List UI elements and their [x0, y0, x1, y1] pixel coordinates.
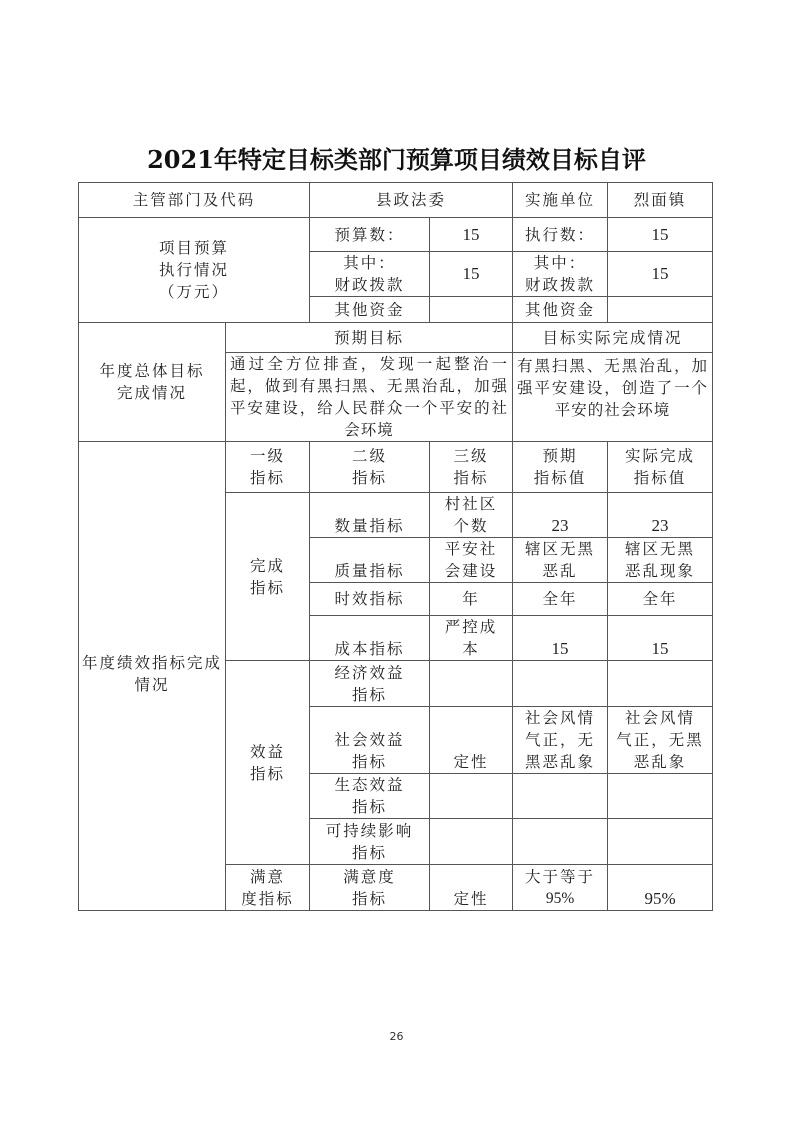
actual-cell: [608, 661, 713, 707]
actual-cell: [608, 774, 713, 819]
level1-satisfaction: 满意 度指标: [226, 865, 310, 911]
expected-line2: 气正，无: [516, 729, 604, 751]
expected-cell: [513, 774, 608, 819]
level2-cell: 数量指标: [310, 493, 430, 538]
actual-line1: 社会风情: [611, 707, 709, 729]
actual-header-line2: 指标值: [611, 467, 709, 489]
level1-completion-line2: 指标: [229, 577, 306, 599]
actual-line1: 辖区无黑: [611, 538, 709, 560]
budget-amount-label: 预算数：: [310, 218, 430, 252]
actual-cell: 全年: [608, 583, 713, 616]
actual-goal-text: 有黑扫黑、无黑治乱，加强平安建设，创造了一个平安的社会环境: [513, 353, 713, 442]
actual-cell: 辖区无黑 恶乱现象: [608, 538, 713, 583]
actual-value-header: 实际完成 指标值: [608, 442, 713, 493]
expected-cell: 15: [513, 616, 608, 661]
other-funds-exec-value: [608, 297, 713, 323]
actual-line3: 恶乱象: [611, 751, 709, 773]
expected-line2: 95%: [516, 888, 604, 910]
other-funds-label: 其他资金: [310, 297, 430, 323]
level3-line2: 本: [433, 638, 509, 660]
level3-header: 三级 指标: [430, 442, 513, 493]
level3-line2: 个数: [433, 515, 509, 537]
other-funds-exec-label: 其他资金: [513, 297, 608, 323]
dept-label: 主管部门及代码: [79, 183, 310, 218]
level2-line2: 指标: [313, 842, 426, 864]
expected-cell: 全年: [513, 583, 608, 616]
level1-satisfaction-line2: 度指标: [229, 888, 306, 910]
level3-header-line1: 三级: [433, 445, 509, 467]
level3-line1: 平安社: [433, 538, 509, 560]
level3-cell: [430, 661, 513, 707]
level2-cell: 成本指标: [310, 616, 430, 661]
level2-line1: 社会效益: [313, 729, 426, 751]
performance-section-label: 年度绩效指标完成情况: [79, 442, 226, 911]
level1-benefit-line2: 指标: [229, 763, 306, 785]
expected-cell: [513, 819, 608, 865]
budget-label-line2: 执行情况: [82, 259, 306, 281]
expected-cell: 23: [513, 493, 608, 538]
expected-header-line1: 预期: [516, 445, 604, 467]
fiscal-budget-label: 其中： 财政拨款: [310, 252, 430, 297]
level2-line1: 经济效益: [313, 662, 426, 684]
expected-line1: 辖区无黑: [516, 538, 604, 560]
actual-cell: 95%: [608, 865, 713, 911]
expected-goal-header: 预期目标: [226, 323, 513, 353]
level3-line2: 会建设: [433, 560, 509, 582]
level2-cell: 社会效益 指标: [310, 707, 430, 774]
expected-line3: 黑恶乱象: [516, 751, 604, 773]
expected-header-line2: 指标值: [516, 467, 604, 489]
level1-header: 一级 指标: [226, 442, 310, 493]
budget-section-label: 项目预算 执行情况 （万元）: [79, 218, 310, 323]
actual-line2: 气正，无黑: [611, 729, 709, 751]
expected-cell: 社会风情 气正，无 黑恶乱象: [513, 707, 608, 774]
level2-cell: 质量指标: [310, 538, 430, 583]
level2-cell: 生态效益 指标: [310, 774, 430, 819]
fiscal-exec-value: 15: [608, 252, 713, 297]
fiscal-exec-label-line2: 财政拨款: [516, 274, 604, 296]
actual-cell: [608, 819, 713, 865]
level3-cell: 严控成 本: [430, 616, 513, 661]
level2-line2: 指标: [313, 796, 426, 818]
dept-value: 县政法委: [310, 183, 513, 218]
level3-header-line2: 指标: [433, 467, 509, 489]
level1-header-line1: 一级: [229, 445, 306, 467]
level2-line1: 可持续影响: [313, 820, 426, 842]
level1-benefit: 效益 指标: [226, 661, 310, 865]
level2-cell: 满意度 指标: [310, 865, 430, 911]
actual-header-line1: 实际完成: [611, 445, 709, 467]
actual-line2: 恶乱现象: [611, 560, 709, 582]
level3-line1: 村社区: [433, 493, 509, 515]
level2-line1: 满意度: [313, 866, 426, 888]
expected-goal-text: 通过全方位排查，发现一起整治一起，做到有黑扫黑、无黑治乱，加强平安建设，给人民群…: [226, 353, 513, 442]
annual-goal-label-line2: 完成情况: [82, 382, 222, 404]
level3-cell: 村社区 个数: [430, 493, 513, 538]
level2-line2: 指标: [313, 888, 426, 910]
actual-cell: 23: [608, 493, 713, 538]
level1-completion-line1: 完成: [229, 555, 306, 577]
expected-value-header: 预期 指标值: [513, 442, 608, 493]
expected-line1: 大于等于: [516, 866, 604, 888]
level2-line2: 指标: [313, 751, 426, 773]
annual-goal-header-row: 年度总体目标 完成情况 预期目标 目标实际完成情况: [79, 323, 713, 353]
fiscal-exec-label: 其中： 财政拨款: [513, 252, 608, 297]
indicator-header-row: 年度绩效指标完成情况 一级 指标 二级 指标 三级 指标 预期 指标值 实际完成…: [79, 442, 713, 493]
impl-unit-value: 烈面镇: [608, 183, 713, 218]
level3-cell: 定性: [430, 707, 513, 774]
impl-unit-label: 实施单位: [513, 183, 608, 218]
expected-cell: [513, 661, 608, 707]
level1-satisfaction-line1: 满意: [229, 866, 306, 888]
exec-amount-label: 执行数：: [513, 218, 608, 252]
document-title: 2021年特定目标类部门预算项目绩效目标自评: [0, 140, 793, 175]
budget-amount-value: 15: [430, 218, 513, 252]
page-number: 26: [0, 1030, 793, 1043]
expected-cell: 大于等于 95%: [513, 865, 608, 911]
level3-cell: 年: [430, 583, 513, 616]
budget-row: 项目预算 执行情况 （万元） 预算数： 15 执行数： 15: [79, 218, 713, 252]
performance-evaluation-table: 主管部门及代码 县政法委 实施单位 烈面镇 项目预算 执行情况 （万元） 预算数…: [78, 182, 713, 911]
level3-cell: [430, 774, 513, 819]
actual-goal-header: 目标实际完成情况: [513, 323, 713, 353]
annual-goal-label-line1: 年度总体目标: [82, 360, 222, 382]
level3-cell: 平安社 会建设: [430, 538, 513, 583]
exec-amount-value: 15: [608, 218, 713, 252]
budget-label-line1: 项目预算: [82, 237, 306, 259]
budget-label-line3: （万元）: [82, 281, 306, 303]
level2-line2: 指标: [313, 684, 426, 706]
fiscal-label-line1: 其中：: [313, 252, 426, 274]
level2-header: 二级 指标: [310, 442, 430, 493]
actual-cell: 社会风情 气正，无黑 恶乱象: [608, 707, 713, 774]
level3-cell: 定性: [430, 865, 513, 911]
level2-cell: 可持续影响 指标: [310, 819, 430, 865]
level1-completion: 完成 指标: [226, 493, 310, 661]
level3-line1: 严控成: [433, 616, 509, 638]
actual-cell: 15: [608, 616, 713, 661]
fiscal-label-line2: 财政拨款: [313, 274, 426, 296]
other-funds-budget-value: [430, 297, 513, 323]
level2-header-line2: 指标: [313, 467, 426, 489]
expected-line2: 恶乱: [516, 560, 604, 582]
expected-cell: 辖区无黑 恶乱: [513, 538, 608, 583]
level2-cell: 时效指标: [310, 583, 430, 616]
level2-cell: 经济效益 指标: [310, 661, 430, 707]
annual-goal-section-label: 年度总体目标 完成情况: [79, 323, 226, 442]
expected-line1: 社会风情: [516, 707, 604, 729]
fiscal-budget-value: 15: [430, 252, 513, 297]
department-row: 主管部门及代码 县政法委 实施单位 烈面镇: [79, 183, 713, 218]
level2-header-line1: 二级: [313, 445, 426, 467]
level1-header-line2: 指标: [229, 467, 306, 489]
fiscal-exec-label-line1: 其中：: [516, 252, 604, 274]
level1-benefit-line1: 效益: [229, 741, 306, 763]
level3-cell: [430, 819, 513, 865]
level2-line1: 生态效益: [313, 774, 426, 796]
